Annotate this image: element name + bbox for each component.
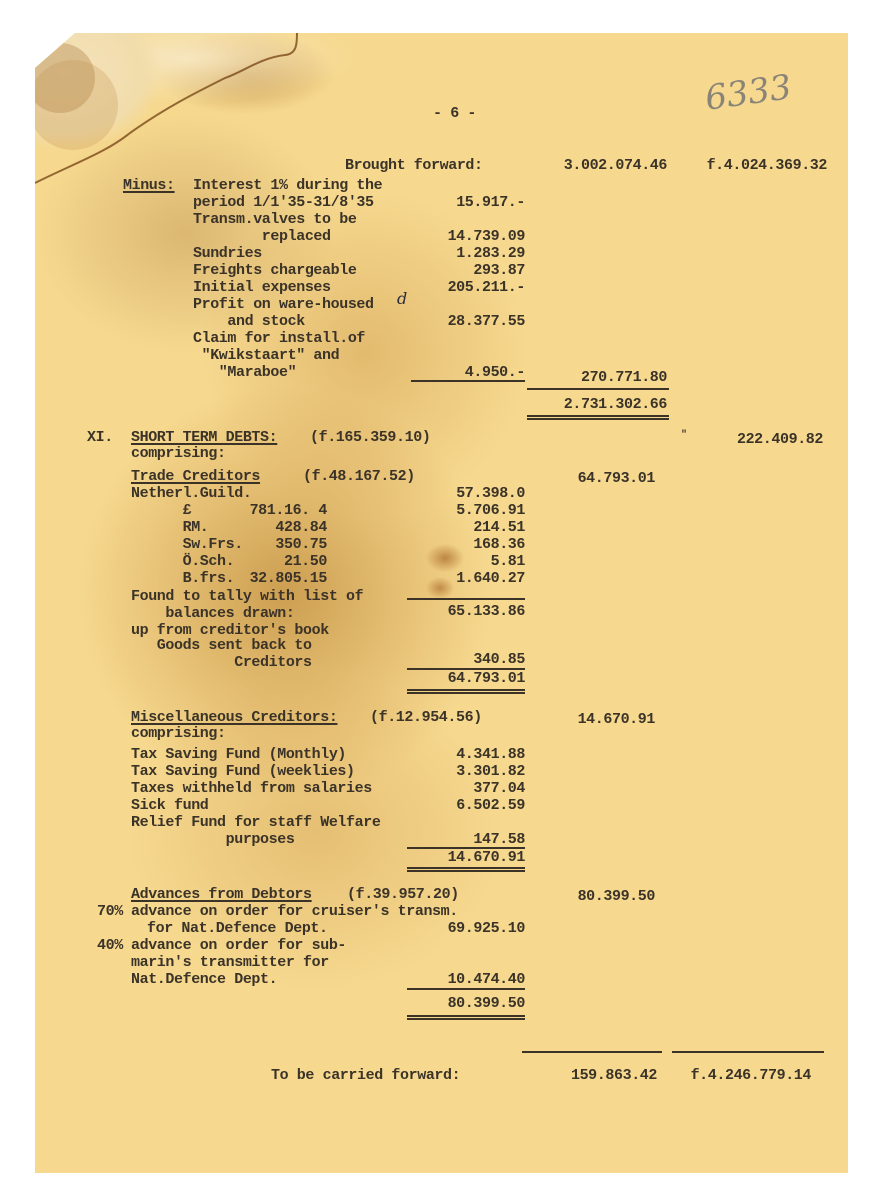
advances-prior: (f.39.957.20) xyxy=(347,886,459,903)
misc-row-amount: 6.502.59 xyxy=(385,797,525,814)
trade-row-amount: 57.398.0 xyxy=(385,485,525,502)
trade-creditors-net: 64.793.01 xyxy=(385,670,525,687)
goods-line: Goods sent back to xyxy=(131,637,312,654)
trade-row-foreign: 21.50 xyxy=(215,553,327,570)
misc-row-label: Relief Fund for staff Welfare xyxy=(131,814,380,831)
minus-item-amount: 14.739.09 xyxy=(385,228,525,245)
page-marker: - 6 - xyxy=(433,105,476,122)
minus-item-text: Transm.valves to be xyxy=(193,211,356,228)
misc-row-label: Taxes withheld from salaries xyxy=(131,780,372,797)
minus-item-amount: 28.377.55 xyxy=(385,313,525,330)
advance-row-label: advance on order for cruiser's transm. xyxy=(131,903,458,920)
misc-row-label: Sick fund xyxy=(131,797,208,814)
minus-item-amount: 4.950.- xyxy=(385,364,525,381)
misc-creditors-total: 14.670.91 xyxy=(525,711,655,728)
advance-row-label: marin's transmitter for xyxy=(131,954,329,971)
total-rule xyxy=(527,388,669,390)
minus-item-text: Claim for install.of xyxy=(193,330,365,347)
advances-double-rule xyxy=(407,1015,525,1020)
advances-total: 80.399.50 xyxy=(525,888,655,905)
goods-returned-amount: 340.85 xyxy=(385,651,525,668)
minus-item-text: Initial expenses xyxy=(193,279,331,296)
misc-creditors-prior: (f.12.954.56) xyxy=(370,709,482,726)
minus-item-text: Profit on ware-housed xyxy=(193,296,374,313)
advance-row-label: advance on order for sub- xyxy=(131,937,346,954)
misc-row-label: Tax Saving Fund (Monthly) xyxy=(131,746,346,763)
minus-item-amount: 293.87 xyxy=(385,262,525,279)
brought-forward-col2: 3.002.074.46 xyxy=(505,157,667,174)
minus-item-text: period 1/1'35-31/8'35 xyxy=(193,194,374,211)
trade-row-amount: 1.640.27 xyxy=(385,570,525,587)
minus-item-text: "Maraboe" xyxy=(193,364,296,381)
minus-item-text: replaced xyxy=(193,228,331,245)
trade-creditors-prior: (f.48.167.52) xyxy=(303,468,415,485)
tally-amount: 65.133.86 xyxy=(385,603,525,620)
misc-comprising-label: comprising: xyxy=(131,725,226,742)
short-term-debts-title: SHORT TERM DEBTS: xyxy=(131,429,277,446)
trade-row-label: £ xyxy=(131,502,191,519)
trade-row-foreign: 350.75 xyxy=(215,536,327,553)
tally-line: Found to tally with list of xyxy=(131,588,363,605)
trade-creditors-title: Trade Creditors xyxy=(131,468,260,485)
trade-subtotal-rule xyxy=(407,598,525,600)
brought-forward-col3: f.4.024.369.32 xyxy=(667,157,827,174)
trade-row-foreign: 32.805.15 xyxy=(215,570,327,587)
misc-row-amount: 377.04 xyxy=(385,780,525,797)
minus-item-amount: 205.211.- xyxy=(385,279,525,296)
trade-row-amount: 5.706.91 xyxy=(385,502,525,519)
trade-row-foreign: 428.84 xyxy=(215,519,327,536)
minus-label: Minus: xyxy=(123,177,175,194)
advance-percent: 40% xyxy=(97,937,123,954)
misc-row-amount: 3.301.82 xyxy=(385,763,525,780)
advance-percent: 70% xyxy=(97,903,123,920)
misc-creditors-title: Miscellaneous Creditors: xyxy=(131,709,337,726)
carried-forward-col2: 159.863.42 xyxy=(505,1067,657,1084)
tally-line: balances drawn: xyxy=(131,605,294,622)
minus-item-amount: 1.283.29 xyxy=(385,245,525,262)
minus-item-text: and stock xyxy=(193,313,305,330)
brought-forward-label: Brought forward: xyxy=(345,157,483,174)
minus-item-amount: 15.917.- xyxy=(385,194,525,211)
minus-item-text: Interest 1% during the xyxy=(193,177,382,194)
carried-forward-col3: f.4.246.779.14 xyxy=(657,1067,811,1084)
misc-row-amount: 4.341.88 xyxy=(385,746,525,763)
goods-line: Creditors xyxy=(131,654,312,671)
trade-row-foreign: 781.16. 4 xyxy=(215,502,327,519)
advances-title: Advances from Debtors xyxy=(131,886,312,903)
advance-row-label: for Nat.Defence Dept. xyxy=(147,920,328,937)
section-numeral: XI. xyxy=(87,429,113,446)
trade-row-label: Netherl.Guild. xyxy=(131,485,251,502)
advance-row-amount: 69.925.10 xyxy=(385,920,525,937)
comprising-label: comprising: xyxy=(131,445,226,462)
minus-item-text: Sundries xyxy=(193,245,262,262)
carried-rule-col3 xyxy=(672,1051,824,1053)
document-page: 6333 - 6 - Brought forward: 3.002.074.46… xyxy=(35,33,848,1173)
minus-total: 270.771.80 xyxy=(525,369,667,386)
carried-forward-label: To be carried forward: xyxy=(271,1067,460,1084)
misc-double-rule xyxy=(407,867,525,872)
trade-row-amount: 5.81 xyxy=(385,553,525,570)
trade-creditors-total: 64.793.01 xyxy=(525,470,655,487)
trade-row-amount: 214.51 xyxy=(385,519,525,536)
minus-item-text: Freights chargeable xyxy=(193,262,356,279)
misc-creditors-net: 14.670.91 xyxy=(385,849,525,866)
advance-row-label: Nat.Defence Dept. xyxy=(131,971,277,988)
advances-net: 80.399.50 xyxy=(385,995,525,1012)
misc-row-label: Tax Saving Fund (weeklies) xyxy=(131,763,355,780)
misc-row-amount: 147.58 xyxy=(385,831,525,848)
short-term-debts-prior: (f.165.359.10) xyxy=(310,429,430,446)
misc-row-label: purposes xyxy=(131,831,294,848)
minus-item-text: "Kwikstaart" and xyxy=(193,347,339,364)
advance-row-amount: 10.474.40 xyxy=(385,971,525,988)
carried-rule-col2 xyxy=(522,1051,662,1053)
trade-double-rule xyxy=(407,689,525,694)
advances-rule xyxy=(407,988,525,990)
double-rule xyxy=(527,415,669,420)
short-term-debts-total: 222.409.82 xyxy=(667,431,823,448)
trade-row-label: RM. xyxy=(131,519,208,536)
trade-row-amount: 168.36 xyxy=(385,536,525,553)
minus-net: 2.731.302.66 xyxy=(525,396,667,413)
